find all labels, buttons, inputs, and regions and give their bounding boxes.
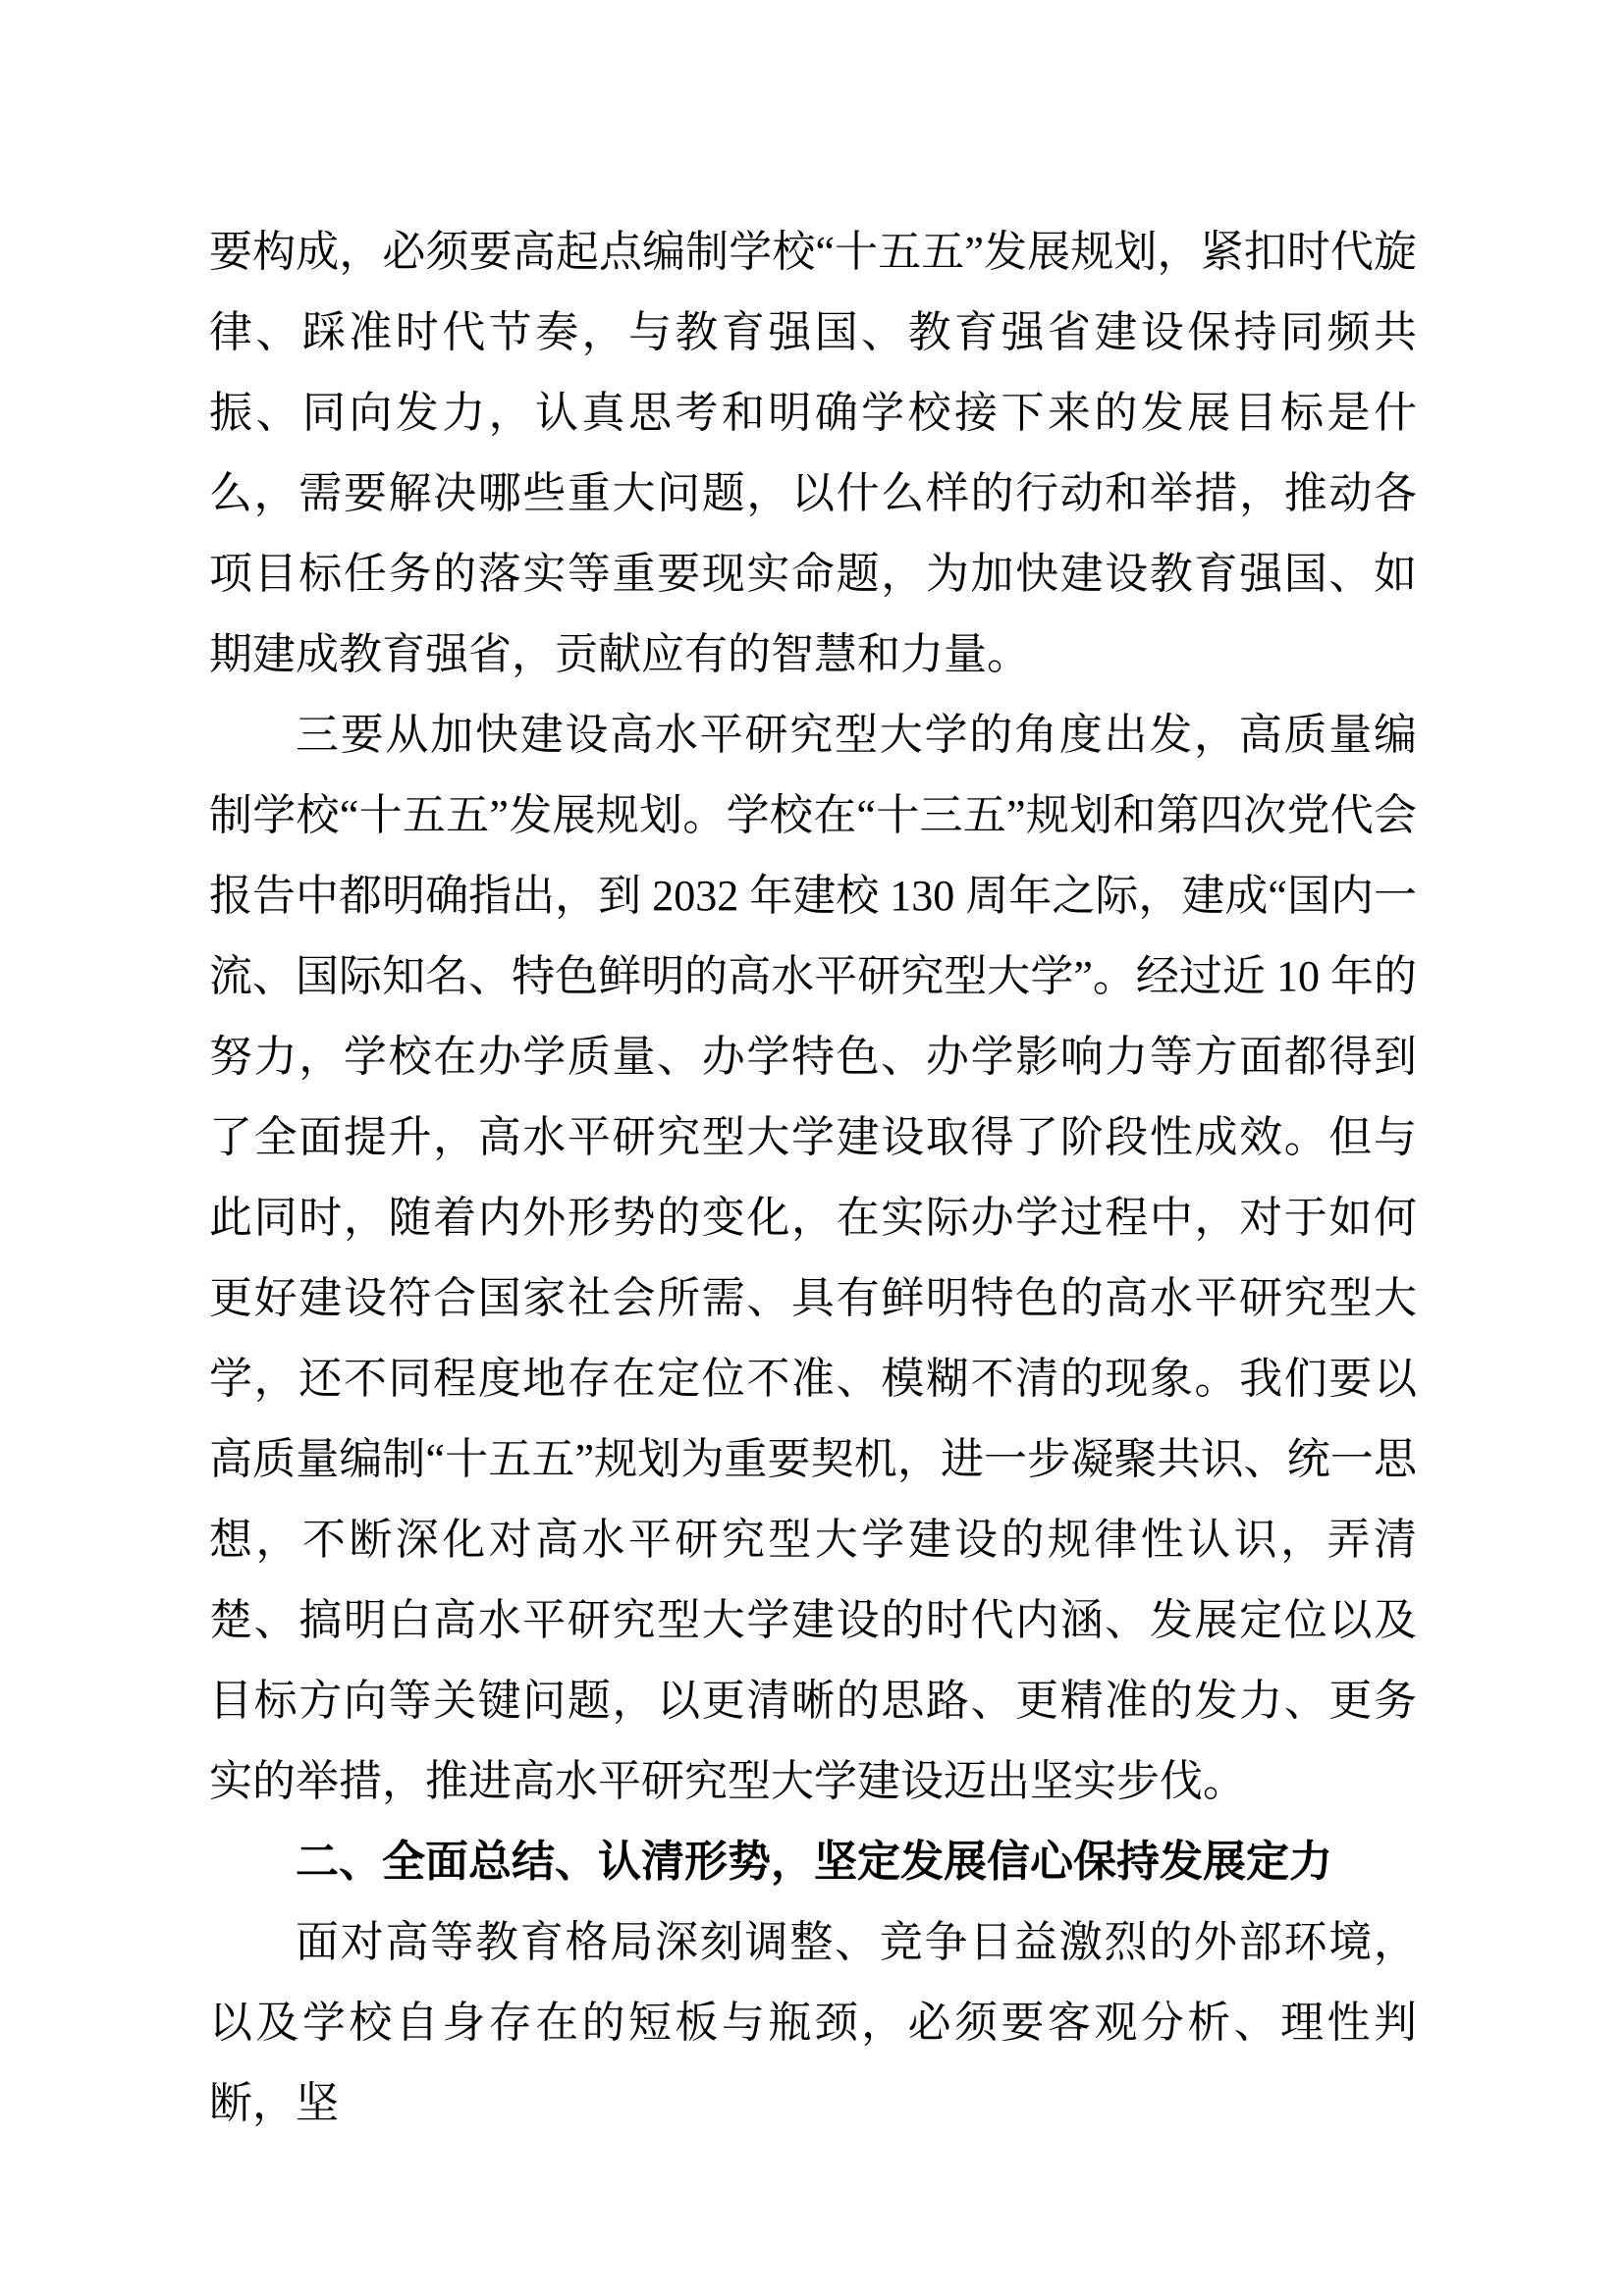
paragraph-continuation: 要构成，必须要高起点编制学校“十五五”发展规划，紧扣时代旋律、踩准时代节奏，与教…	[209, 212, 1417, 695]
document-page: 要构成，必须要高起点编制学校“十五五”发展规划，紧扣时代旋律、踩准时代节奏，与教…	[0, 0, 1624, 2296]
paragraph-body-third-point: 三要从加快建设高水平研究型大学的角度出发，高质量编制学校“十五五”发展规划。学校…	[209, 695, 1417, 1822]
paragraph-body-facing-situation: 面对高等教育格局深刻调整、竞争日益激烈的外部环境，以及学校自身存在的短板与瓶颈，…	[209, 1902, 1417, 2144]
section-heading-part-two: 二、全面总结、认清形势，坚定发展信心保持发展定力	[209, 1822, 1417, 1902]
